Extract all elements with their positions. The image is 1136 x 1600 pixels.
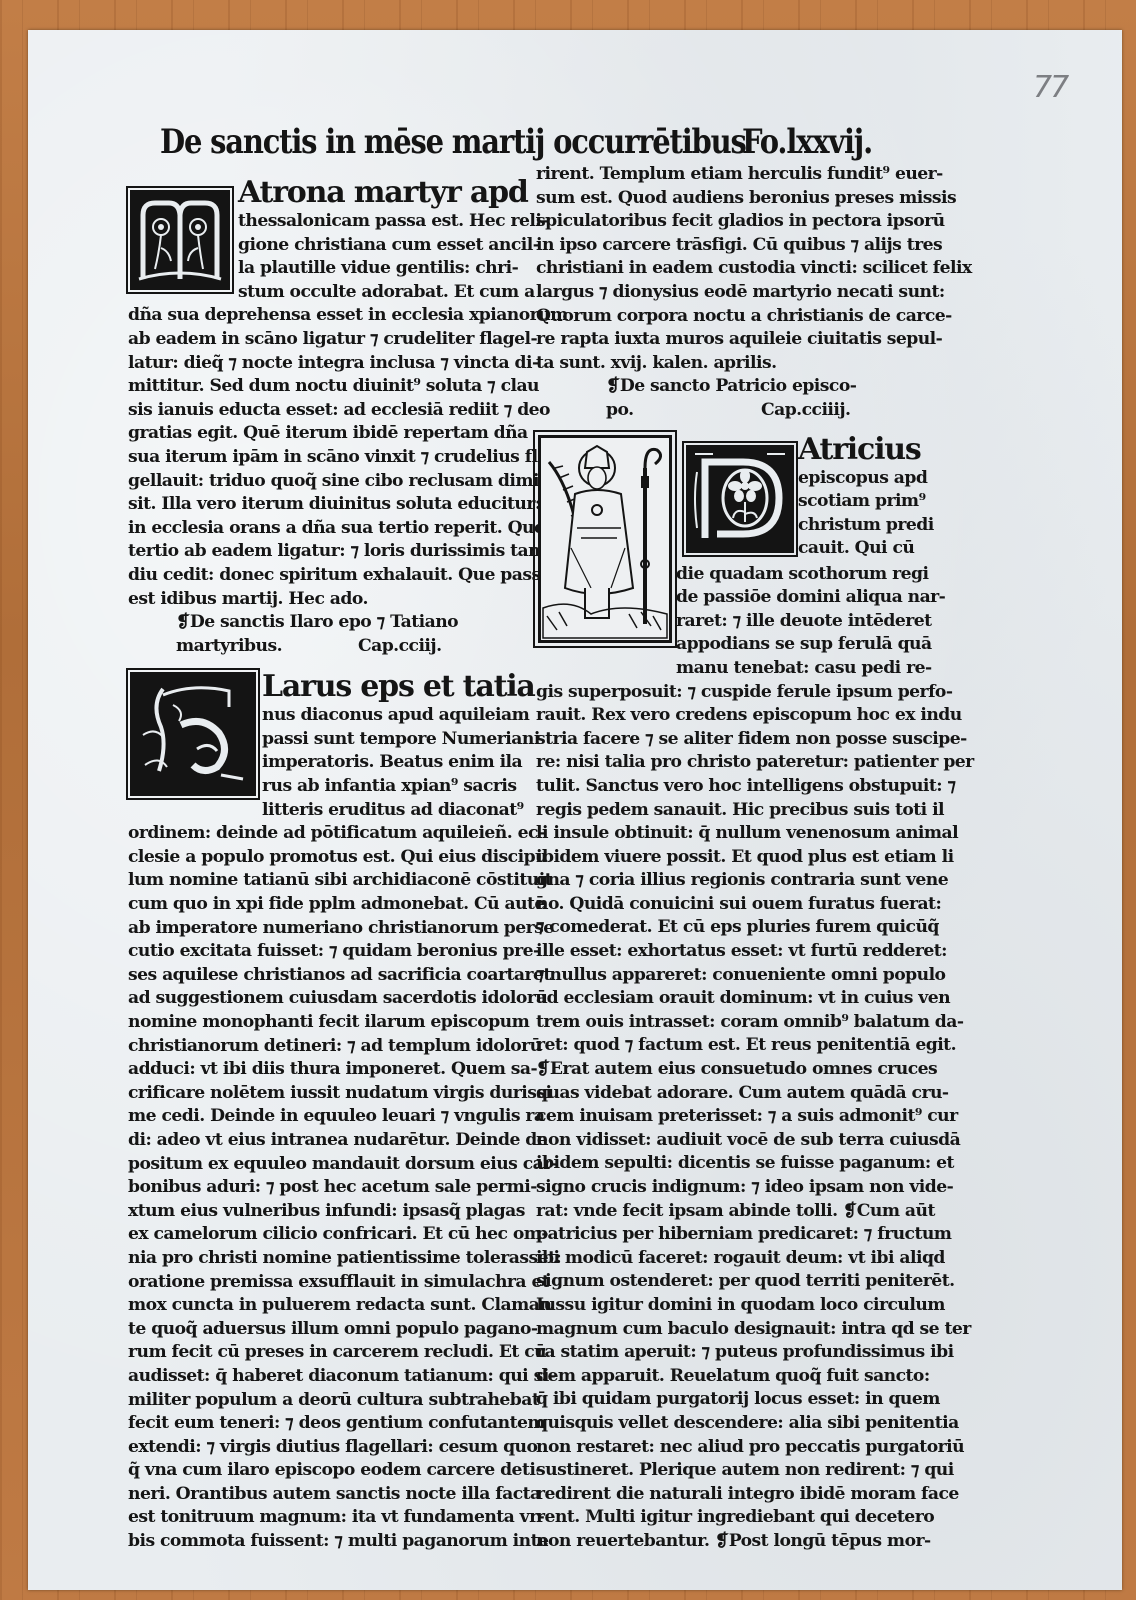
text-line: quisquis vellet descendere: alia sibi pe… bbox=[536, 1412, 922, 1436]
text-line: q̃ vna cum ilaro episcopo eodem carcere … bbox=[128, 1459, 518, 1483]
text-line: re: nisi talia pro christo pateretur: pa… bbox=[536, 751, 922, 775]
text-line: cem inuisam preterisset: ⁊ a suis admoni… bbox=[536, 1105, 922, 1129]
text-line: ret: quod ⁊ factum est. Et reus penitent… bbox=[536, 1034, 922, 1058]
text-line: quas videbat adorare. Cum autem quādā cr… bbox=[536, 1082, 922, 1106]
chapter-rubric-line2: martyribus. Cap.cciij. bbox=[128, 635, 518, 659]
text-line: cauit. Qui cū bbox=[798, 537, 938, 561]
text-line: tulit. Sanctus vero hoc intelligens obst… bbox=[536, 775, 922, 799]
text-line: rum fecit cū preses in carcerem recludi.… bbox=[128, 1341, 518, 1365]
text-line: diu cedit: donec spiritum exhalauit. Que… bbox=[128, 564, 518, 588]
text-line: christianorum detineri: ⁊ ad templum ido… bbox=[128, 1035, 518, 1059]
text-line: stum occulte adorabat. Et cum a bbox=[238, 281, 518, 305]
text-line: non restaret: nec aliud pro peccatis pur… bbox=[536, 1436, 922, 1460]
left-column: Atrona martyr apd thessalonicam passa es… bbox=[128, 182, 518, 1554]
text-line: clesie a populo promotus est. Qui eius d… bbox=[128, 846, 518, 870]
text-line: gione christiana cum esset ancil- bbox=[238, 234, 518, 258]
text-line: tertio ab eadem ligatur: ⁊ loris durissi… bbox=[128, 540, 518, 564]
right-column: rirent. Templum etiam herculis fundit⁹ e… bbox=[536, 163, 922, 1554]
text-line: raret: ⁊ ille deuote intēderet bbox=[676, 610, 945, 634]
text-line: sit. Illa vero iterum diuinitus soluta e… bbox=[128, 493, 518, 517]
text-line: litteris eruditus ad diaconat⁹ bbox=[262, 799, 518, 823]
printed-leaf: 77 De sanctis in mēse martij occurrētibu… bbox=[28, 30, 1122, 1590]
pencil-folio-number: 77 bbox=[1033, 70, 1067, 105]
text-line: episcopus apd bbox=[798, 467, 938, 491]
text-line: passi sunt tempore Numeriani bbox=[262, 728, 518, 752]
text-line: nus diaconus apud aquileiam bbox=[262, 704, 518, 728]
text-line: audisset: q̄ haberet diaconum tatianum: … bbox=[128, 1365, 518, 1389]
chapter-number: Cap.cciiij. bbox=[761, 399, 851, 423]
text-line: ille esset: exhortatus esset: vt furtū r… bbox=[536, 940, 922, 964]
text-line: militer populum a deorū cultura subtrahe… bbox=[128, 1389, 518, 1413]
text-line: ab eadem in scāno ligatur ⁊ crudeliter f… bbox=[128, 328, 518, 352]
text-line: dem apparuit. Reuelatum quoq̃ fuit sanct… bbox=[536, 1365, 922, 1389]
text-line: die quadam scothorum regi bbox=[676, 563, 945, 587]
floral-initial-m-icon bbox=[133, 193, 227, 287]
text-line: ex camelorum cilicio confricari. Et cū h… bbox=[128, 1223, 518, 1247]
text-line: ordinem: deinde ad pōtificatum aquileieñ… bbox=[128, 822, 518, 846]
bishop-saint-figure-icon bbox=[541, 438, 669, 640]
text-line: in ipso carcere trāsfigi. Cū quibus ⁊ al… bbox=[536, 234, 922, 258]
text-line: rus ab infantia xpian⁹ sacris bbox=[262, 775, 518, 799]
text-line: gellauit: triduo quoq̃ sine cibo reclusa… bbox=[128, 470, 518, 494]
text-line: li insule obtinuit: q̄ nullum venenosum … bbox=[536, 822, 922, 846]
text-line: rat: vnde fecit ipsam abinde tolli. ❡Cum… bbox=[536, 1200, 922, 1224]
text-line: mittitur. Sed dum noctu diuinit⁹ soluta … bbox=[128, 375, 518, 399]
text-line: neri. Orantibus autem sanctis nocte illa… bbox=[128, 1483, 518, 1507]
text-line: oratione premissa exsufflauit in simulac… bbox=[128, 1271, 518, 1295]
text-line: Quorum corpora noctu a christianis de ca… bbox=[536, 305, 922, 329]
text-line: in ecclesia orans a dña sua tertio reper… bbox=[128, 517, 518, 541]
text-line: sua iterum ipām in scāno vinxit ⁊ crudel… bbox=[128, 446, 518, 470]
text-line: ⁊ nullus appareret: conueniente omni pop… bbox=[536, 964, 922, 988]
text-line: gratias egit. Quē iterum ibidē repertam … bbox=[128, 422, 518, 446]
floral-initial-p-icon bbox=[689, 448, 791, 550]
patrick-section-top: Atricius episcopus apd scotiam prim⁹ chr… bbox=[536, 435, 922, 647]
text-line: est tonitruum magnum: ita vt fundamenta … bbox=[128, 1506, 518, 1530]
text-line: rent. Multi igitur ingrediebant qui dece… bbox=[536, 1506, 922, 1530]
text-line: ad ecclesiam orauit dominum: vt in cuius… bbox=[536, 987, 922, 1011]
text-line: manu tenebat: casu pedi re- bbox=[676, 657, 945, 681]
text-line: me cedi. Deinde in equuleo leuari ⁊ vngu… bbox=[128, 1105, 518, 1129]
text-line: de passiōe domini aliqua nar- bbox=[676, 586, 945, 610]
text-line: positum ex equuleo mandauit dorsum eius … bbox=[128, 1153, 518, 1177]
text-line: largus ⁊ dionysius eodē martyrio necati … bbox=[536, 281, 922, 305]
text-line: latur: dieq̃ ⁊ nocte integra inclusa ⁊ v… bbox=[128, 352, 518, 376]
text-line: di: adeo vt eius intranea nudarētur. Dei… bbox=[128, 1129, 518, 1153]
text-line: ta sunt. xvij. kalen. aprilis. bbox=[536, 352, 922, 376]
text-line: sum est. Quod audiens beronius preses mi… bbox=[536, 187, 922, 211]
text-line: magnum cum baculo designauit: intra qd s… bbox=[536, 1318, 922, 1342]
text-line: christum predi bbox=[798, 514, 938, 538]
text-line: rirent. Templum etiam herculis fundit⁹ e… bbox=[536, 163, 922, 187]
text-line: extendi: ⁊ virgis diutius flagellari: ce… bbox=[128, 1436, 518, 1460]
decorated-initial-p bbox=[686, 445, 794, 553]
text-line: bis commota fuissent: ⁊ multi paganorum … bbox=[128, 1530, 518, 1554]
chapter-rubric: ❡De sancto Patricio episco- bbox=[536, 375, 922, 399]
text-line: imperatoris. Beatus enim ila bbox=[262, 751, 518, 775]
text-line: nomine monophanti fecit ilarum episcopum bbox=[128, 1011, 518, 1035]
text-line: ab imperatore numeriano christianorum pe… bbox=[128, 917, 518, 941]
text-line: redirent die naturali integro ibidē mora… bbox=[536, 1483, 922, 1507]
text-line: re rapta iuxta muros aquileie ciuitatis … bbox=[536, 328, 922, 352]
text-line: ibidem sepulti: dicentis se fuisse pagan… bbox=[536, 1152, 922, 1176]
text-line: rauit. Rex vero credens episcopum hoc ex… bbox=[536, 704, 922, 728]
running-head: De sanctis in mēse martij occurrētibus F… bbox=[160, 122, 900, 161]
text-line: signo crucis indignum: ⁊ ideo ipsam non … bbox=[536, 1176, 922, 1200]
rubric-text: po. bbox=[606, 400, 634, 420]
text-line: est idibus martij. Hec ado. bbox=[128, 588, 518, 612]
text-line: non reuertebantur. ❡Post longū tēpus mor… bbox=[536, 1530, 922, 1554]
text-line: q̄ ibi quidam purgatorij locus esset: in… bbox=[536, 1388, 922, 1412]
text-line: dña sua deprehensa esset in ecclesia xpi… bbox=[128, 304, 518, 328]
text-line: Iussu igitur domini in quodam loco circu… bbox=[536, 1294, 922, 1318]
text-line: non vidisset: audiuit vocē de sub terra … bbox=[536, 1129, 922, 1153]
chapter-opening-line: Larus eps et tatia bbox=[262, 670, 518, 704]
foliate-initial-h-icon bbox=[133, 675, 253, 793]
decorated-initial-h bbox=[130, 672, 256, 796]
text-line: xtum eius vulneribus infundi: ipsasq̃ pl… bbox=[128, 1200, 518, 1224]
saint-patrick-woodcut bbox=[538, 435, 672, 643]
text-line: stria facere ⁊ se aliter fidem non posse… bbox=[536, 728, 922, 752]
text-line: scotiam prim⁹ bbox=[798, 490, 938, 514]
text-line: appodians se sup ferulā quā bbox=[676, 633, 945, 657]
text-line: adduci: vt ibi diis thura imponeret. Que… bbox=[128, 1058, 518, 1082]
text-line: thessalonicam passa est. Hec reli- bbox=[238, 210, 518, 234]
text-line: ibidem viuere possit. Et quod plus est e… bbox=[536, 846, 922, 870]
text-line: te quoq̃ aduersus illum omni populo paga… bbox=[128, 1318, 518, 1342]
text-line: cum quo in xpi fide pplm admonebat. Cū a… bbox=[128, 893, 518, 917]
text-line: lum nomine tatianū sibi archidiaconē cōs… bbox=[128, 869, 518, 893]
text-line: gis superposuit: ⁊ cuspide ferule ipsum … bbox=[536, 681, 922, 705]
chapter-number: Cap.cciij. bbox=[358, 635, 442, 659]
text-line: cutio excitata fuisset: ⁊ quidam beroniu… bbox=[128, 940, 518, 964]
decorated-initial-m bbox=[130, 190, 230, 290]
folio-number: Fo.lxxvij. bbox=[742, 122, 872, 161]
text-line: nia pro christi nomine patientissime tol… bbox=[128, 1247, 518, 1271]
text-line: sustineret. Plerique autem non redirent:… bbox=[536, 1459, 922, 1483]
chapter-rubric-line2: po. Cap.cciiij. bbox=[536, 399, 922, 423]
text-line: spiculatoribus fecit gladios in pectora … bbox=[536, 210, 922, 234]
text-line: mox cuncta in puluerem redacta sunt. Cla… bbox=[128, 1294, 518, 1318]
text-line: fecit eum teneri: ⁊ deos gentium confuta… bbox=[128, 1412, 518, 1436]
text-line: trem ouis intrasset: coram omnib⁹ balatu… bbox=[536, 1011, 922, 1035]
text-line: signum ostenderet: per quod territi peni… bbox=[536, 1270, 922, 1294]
text-line: gna ⁊ coria illius regionis contraria su… bbox=[536, 869, 922, 893]
text-line: patricius per hiberniam predicaret: ⁊ fr… bbox=[536, 1223, 922, 1247]
text-line: ⁊ comederat. Et cū eps pluries furem qui… bbox=[536, 916, 922, 940]
text-line: christiani in eadem custodia vincti: sci… bbox=[536, 257, 922, 281]
text-line: ses aquilese christianos ad sacrificia c… bbox=[128, 964, 518, 988]
text-line: ra statim aperuit: ⁊ puteus profundissim… bbox=[536, 1341, 922, 1365]
text-line: ❡Erat autem eius consuetudo omnes cruces bbox=[536, 1058, 922, 1082]
text-line: regis pedem sanauit. Hic precibus suis t… bbox=[536, 799, 922, 823]
running-head-title: De sanctis in mēse martij occurrētibus bbox=[160, 122, 746, 161]
text-line: sis ianuis educta esset: ad ecclesiā red… bbox=[128, 399, 518, 423]
text-line: no. Quidā conuicini sui ouem furatus fue… bbox=[536, 893, 922, 917]
text-line: bonibus aduri: ⁊ post hec acetum sale pe… bbox=[128, 1176, 518, 1200]
text-line: crificare nolētem iussit nudatum virgis … bbox=[128, 1082, 518, 1106]
rubric-text: martyribus. bbox=[176, 636, 282, 656]
chapter-opening-line: Atricius bbox=[798, 433, 938, 467]
ilarus-section: Larus eps et tatia nus diaconus apud aqu… bbox=[128, 670, 518, 822]
chapter-rubric: ❡De sanctis Ilaro epo ⁊ Tatiano bbox=[128, 611, 518, 635]
text-line: ad suggestionem cuiusdam sacerdotis idol… bbox=[128, 987, 518, 1011]
text-line: la plautille vidue gentilis: chri- bbox=[238, 257, 518, 281]
text-line: ibi modicū faceret: rogauit deum: vt ibi… bbox=[536, 1247, 922, 1271]
